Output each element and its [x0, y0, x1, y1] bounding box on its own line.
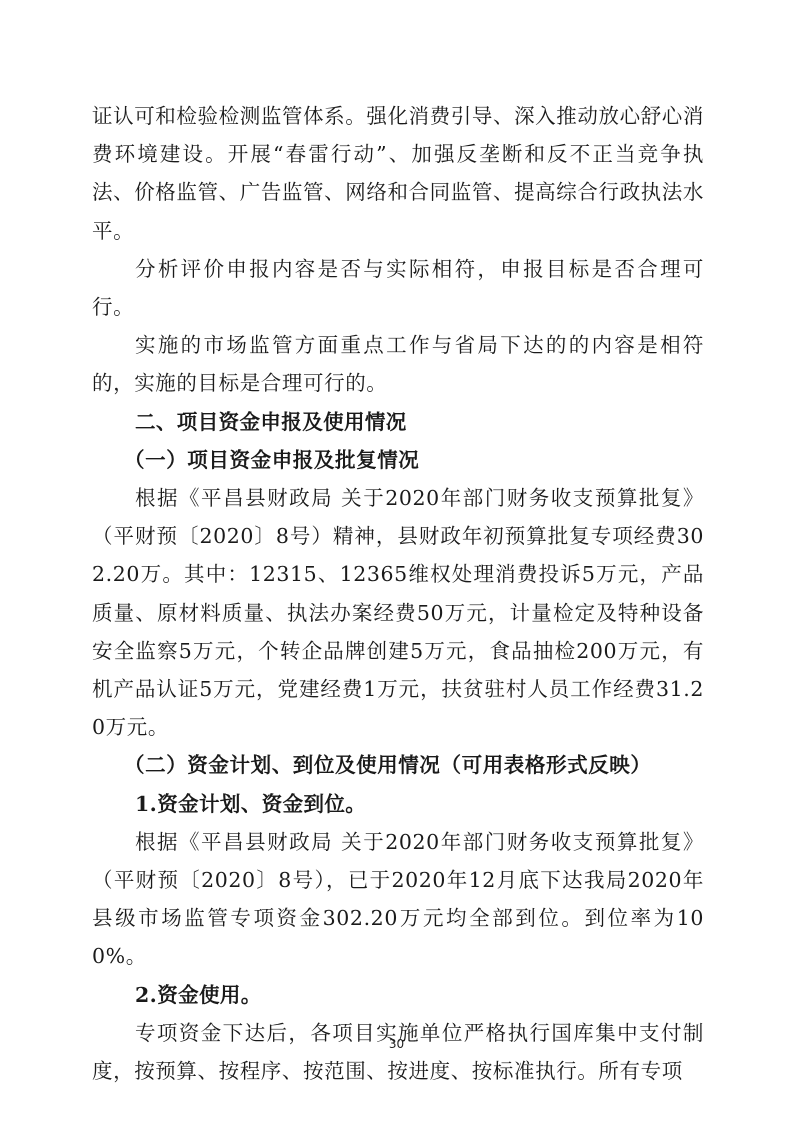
- body-paragraph-fund-arrival: 根据《平昌县财政局 关于2020年部门财务收支预算批复》（平财预〔2020〕8号…: [92, 823, 704, 976]
- body-paragraph-analysis-answer: 实施的市场监管方面重点工作与省局下达的的内容是相符的，实施的目标是合理可行的。: [92, 326, 704, 402]
- body-paragraph-fund-usage: 专项资金下达后，各项目实施单位严格执行国库集中支付制度，按预算、按程序、按范围、…: [92, 1014, 704, 1090]
- body-paragraph-analysis-question: 分析评价申报内容是否与实际相符，申报目标是否合理可行。: [92, 250, 704, 326]
- body-paragraph-intro: 证认可和检验检测监管体系。强化消费引导、深入推动放心舒心消费环境建设。开展“春雷…: [92, 97, 704, 250]
- body-paragraph-budget-approval: 根据《平昌县财政局 关于2020年部门财务收支预算批复》（平财预〔2020〕8号…: [92, 479, 704, 746]
- subsection-heading-plan-usage: （二）资金计划、到位及使用情况（可用表格形式反映）: [92, 746, 704, 784]
- page-number: 30: [0, 1037, 793, 1051]
- document-page: 证认可和检验检测监管体系。强化消费引导、深入推动放心舒心消费环境建设。开展“春雷…: [92, 97, 704, 1090]
- section-heading-funds: 二、项目资金申报及使用情况: [92, 403, 704, 441]
- subsection-heading-application: （一）项目资金申报及批复情况: [92, 441, 704, 479]
- item-heading-fund-usage: 2.资金使用。: [92, 976, 704, 1014]
- item-heading-fund-plan: 1.资金计划、资金到位。: [92, 785, 704, 823]
